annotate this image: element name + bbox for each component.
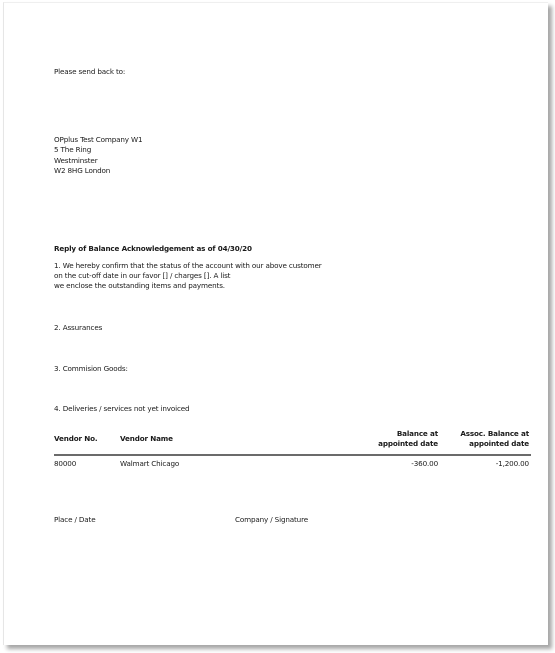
section-commision-goods: 3. Commision Goods: — [54, 364, 128, 374]
paragraph-line: we enclose the outstanding items and pay… — [54, 281, 322, 291]
table-header-divider — [54, 454, 531, 456]
col-assoc-balance: Assoc. Balance at appointed date — [460, 429, 529, 449]
paragraph-line: 1. We hereby confirm that the status of … — [54, 261, 322, 271]
reply-title: Reply of Balance Acknowledgement as of 0… — [54, 244, 252, 254]
col-vendor-name: Vendor Name — [120, 434, 173, 444]
company-signature-label: Company / Signature — [235, 515, 308, 525]
return-address: OPplus Test Company W1 5 The Ring Westmi… — [54, 135, 142, 177]
section-assurances: 2. Assurances — [54, 323, 102, 333]
col-vendor-no: Vendor No. — [54, 434, 97, 444]
address-company: OPplus Test Company W1 — [54, 135, 142, 145]
address-postcode-city: W2 8HG London — [54, 166, 142, 176]
place-date-label: Place / Date — [54, 515, 95, 525]
confirmation-paragraph: 1. We hereby confirm that the status of … — [54, 261, 322, 292]
section-deliveries: 4. Deliveries / services not yet invoice… — [54, 404, 189, 414]
send-back-label: Please send back to: — [54, 67, 125, 77]
document-page: Please send back to: OPplus Test Company… — [3, 2, 548, 645]
paragraph-line: on the cut-off date in our favor [] / ch… — [54, 271, 322, 281]
cell-assoc-balance: -1,200.00 — [496, 459, 529, 469]
cell-vendor-name: Walmart Chicago — [120, 459, 179, 469]
address-district: Westminster — [54, 156, 142, 166]
col-balance: Balance at appointed date — [378, 429, 438, 449]
address-street: 5 The Ring — [54, 145, 142, 155]
cell-balance: -360.00 — [411, 459, 438, 469]
cell-vendor-no: 80000 — [54, 459, 76, 469]
vendor-table-header: Vendor No. Vendor Name Balance at appoin… — [4, 430, 548, 456]
